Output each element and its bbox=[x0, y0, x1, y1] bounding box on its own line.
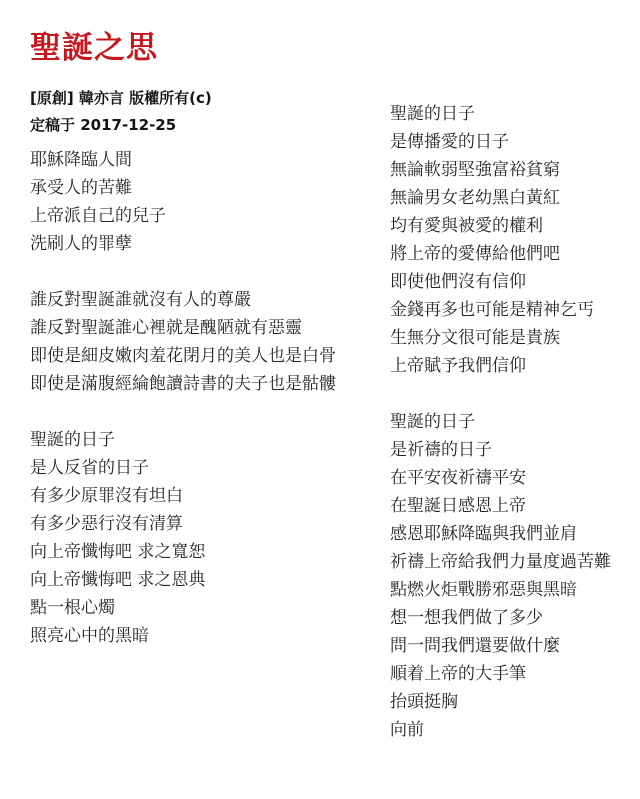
poem-line: 誰反對聖誕誰就沒有人的尊嚴 bbox=[30, 286, 370, 314]
poem-line: 感恩耶穌降臨與我們並肩 bbox=[390, 520, 640, 548]
poem-line: 金錢再多也可能是精神乞丐 bbox=[390, 296, 640, 324]
poem-line: 有多少原罪沒有坦白 bbox=[30, 482, 370, 510]
poem-line: 有多少惡行沒有清算 bbox=[30, 510, 370, 538]
poem-line: 生無分文很可能是貴族 bbox=[390, 324, 640, 352]
poem-column-right: 聖誕的日子 是傳播愛的日子 無論軟弱堅強富裕貧窮 無論男女老幼黑白黃紅 均有愛與… bbox=[390, 100, 640, 744]
stanza: 聖誕的日子 是祈禱的日子 在平安夜祈禱平安 在聖誕日感恩上帝 感恩耶穌降臨與我們… bbox=[390, 408, 640, 744]
stanza: 聖誕的日子 是傳播愛的日子 無論軟弱堅強富裕貧窮 無論男女老幼黑白黃紅 均有愛與… bbox=[390, 100, 640, 380]
poem-line: 承受人的苦難 bbox=[30, 174, 370, 202]
poem-line: 即使他們沒有信仰 bbox=[390, 268, 640, 296]
poem-line: 洗刷人的罪孽 bbox=[30, 230, 370, 258]
poem-line: 祈禱上帝給我們力量度過苦難 bbox=[390, 548, 640, 576]
poem-line: 即使是細皮嫩肉羞花閉月的美人也是白骨 bbox=[30, 342, 370, 370]
poem-line: 照亮心中的黑暗 bbox=[30, 622, 370, 650]
poem-line: 誰反對聖誕誰心裡就是醜陋就有惡靈 bbox=[30, 314, 370, 342]
poem-line: 在平安夜祈禱平安 bbox=[390, 464, 640, 492]
poem-line: 聖誕的日子 bbox=[390, 408, 640, 436]
poem-line: 是祈禱的日子 bbox=[390, 436, 640, 464]
stanza: 耶穌降臨人間 承受人的苦難 上帝派自己的兒子 洗刷人的罪孽 bbox=[30, 146, 370, 258]
poem-line: 向前 bbox=[390, 716, 640, 744]
page-title: 聖誕之思 bbox=[30, 22, 158, 67]
poem-line: 無論男女老幼黑白黃紅 bbox=[390, 184, 640, 212]
poem-page: 聖誕之思 [原創] 韓亦言 版權所有(c) 定稿于 2017-12-25 耶穌降… bbox=[0, 0, 640, 799]
poem-line: 均有愛與被愛的權利 bbox=[390, 212, 640, 240]
poem-line: 上帝賦予我們信仰 bbox=[390, 352, 640, 380]
poem-line: 抬頭挺胸 bbox=[390, 688, 640, 716]
poem-line: 在聖誕日感恩上帝 bbox=[390, 492, 640, 520]
poem-line: 向上帝懺悔吧 求之恩典 bbox=[30, 566, 370, 594]
byline-author: [原創] 韓亦言 版權所有(c) bbox=[30, 85, 212, 112]
poem-line: 耶穌降臨人間 bbox=[30, 146, 370, 174]
poem-line: 想一想我們做了多少 bbox=[390, 604, 640, 632]
stanza: 誰反對聖誕誰就沒有人的尊嚴 誰反對聖誕誰心裡就是醜陋就有惡靈 即使是細皮嫩肉羞花… bbox=[30, 286, 370, 398]
poem-line: 將上帝的愛傳給他們吧 bbox=[390, 240, 640, 268]
byline: [原創] 韓亦言 版權所有(c) 定稿于 2017-12-25 bbox=[30, 85, 212, 139]
poem-column-left: 耶穌降臨人間 承受人的苦難 上帝派自己的兒子 洗刷人的罪孽 誰反對聖誕誰就沒有人… bbox=[30, 146, 370, 650]
poem-line: 向上帝懺悔吧 求之寬恕 bbox=[30, 538, 370, 566]
poem-line: 聖誕的日子 bbox=[30, 426, 370, 454]
poem-line: 無論軟弱堅強富裕貧窮 bbox=[390, 156, 640, 184]
byline-date: 定稿于 2017-12-25 bbox=[30, 112, 212, 139]
poem-line: 上帝派自己的兒子 bbox=[30, 202, 370, 230]
stanza: 聖誕的日子 是人反省的日子 有多少原罪沒有坦白 有多少惡行沒有清算 向上帝懺悔吧… bbox=[30, 426, 370, 650]
poem-line: 聖誕的日子 bbox=[390, 100, 640, 128]
poem-line: 是傳播愛的日子 bbox=[390, 128, 640, 156]
poem-line: 即使是滿腹經綸飽讀詩書的夫子也是骷髏 bbox=[30, 370, 370, 398]
poem-line: 點一根心燭 bbox=[30, 594, 370, 622]
poem-line: 順着上帝的大手筆 bbox=[390, 660, 640, 688]
poem-line: 問一問我們還要做什麼 bbox=[390, 632, 640, 660]
poem-line: 點燃火炬戰勝邪惡與黑暗 bbox=[390, 576, 640, 604]
poem-line: 是人反省的日子 bbox=[30, 454, 370, 482]
